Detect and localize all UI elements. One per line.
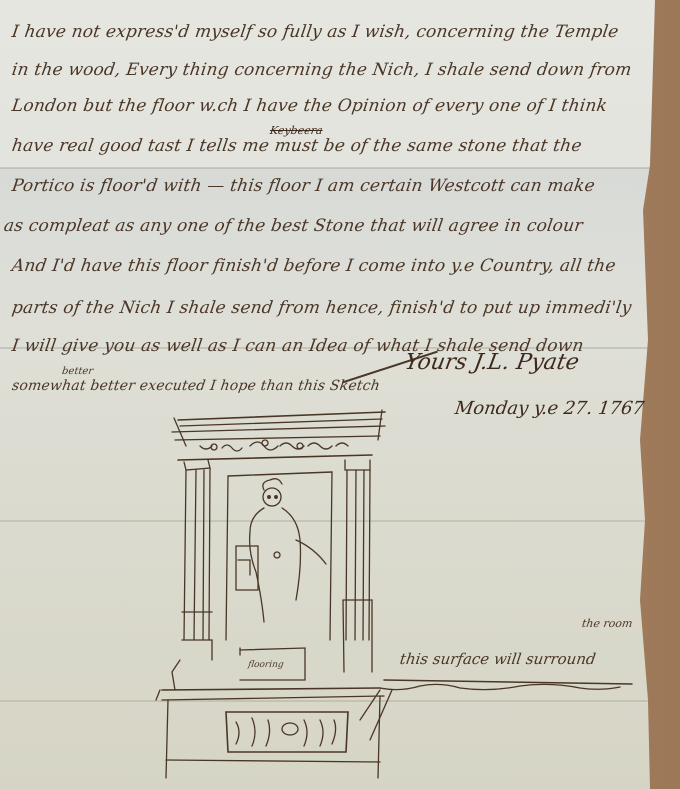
niche-sketch xyxy=(0,0,680,789)
annotation-surface: this surface will surround xyxy=(399,650,597,668)
annotation-room: the room xyxy=(581,617,633,630)
annotation-flooring: flooring xyxy=(247,660,284,670)
